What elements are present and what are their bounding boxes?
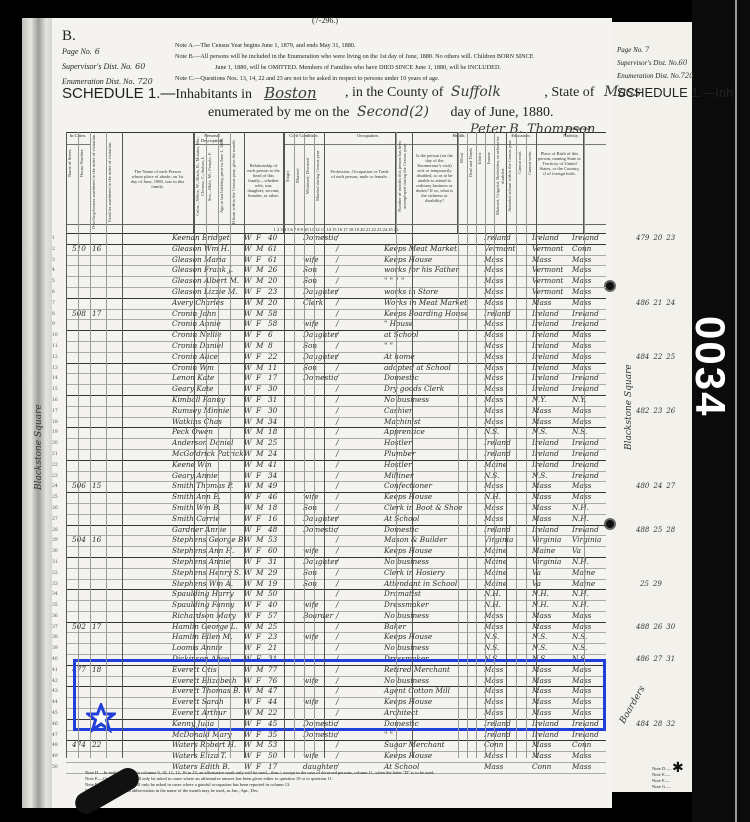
right-table-row: 4882630 <box>636 623 679 631</box>
person-name: Keenan Bridget <box>172 233 230 242</box>
age-value: 24 <box>268 449 277 458</box>
sex-value: M <box>256 417 263 426</box>
birthplace-father: Mass <box>532 481 551 490</box>
relationship-value: wife <box>303 255 319 264</box>
right-note-g: Note G.— <box>652 784 671 790</box>
line-number: 18 <box>52 420 58 425</box>
age-value: 11 <box>268 363 277 372</box>
color-value: W <box>244 535 252 544</box>
grid-line <box>230 132 231 758</box>
birthplace-father: Mass <box>532 622 551 631</box>
tally-mark: / <box>336 740 338 749</box>
line-number: 34 <box>52 592 58 597</box>
page-no-label: Page No. <box>62 47 92 56</box>
person-name: Stephens Annie <box>172 557 230 566</box>
county-value: Suffolk <box>451 84 501 100</box>
age-header: Age at last birthday prior to June 1, 18… <box>218 133 230 233</box>
occupation-value: " " " " <box>384 276 404 285</box>
birthplace-self: N.H. <box>484 589 501 598</box>
sex-value: F <box>256 395 261 404</box>
family-number: 22 <box>653 353 662 361</box>
family-number: 17 <box>92 309 101 318</box>
age-value: 18 <box>268 427 277 436</box>
birthplace-mother: Ireland <box>572 319 599 328</box>
tally-mark: / <box>336 373 338 382</box>
tally-mark: / <box>336 309 338 318</box>
tally-mark: / <box>336 384 338 393</box>
tally-mark: / <box>336 589 338 598</box>
relationship-value: Domestic <box>303 233 338 242</box>
deaf-header: Deaf and Dumb <box>467 133 476 233</box>
occupation-value: Keeps Meat Market <box>384 244 457 253</box>
age-value: 17 <box>268 373 277 382</box>
right-table-row: 4842225 <box>636 353 679 361</box>
tally-mark: / <box>336 319 338 328</box>
person-name: Loomis Annie <box>172 643 222 652</box>
birthplace-mother: N.S. <box>572 643 587 652</box>
color-value: W <box>244 276 252 285</box>
birthplace-self: Maine <box>484 546 507 555</box>
person-name: Gleason Wm H. <box>172 244 229 253</box>
birth-self-header: Place of Birth of this person, naming St… <box>536 133 584 233</box>
tally-mark: / <box>336 417 338 426</box>
birthplace-mother: Ireland <box>572 471 599 480</box>
line-number: 5 <box>52 279 55 284</box>
family-number: 17 <box>92 622 101 631</box>
relationship-value: Daughter <box>303 352 338 361</box>
birthplace-father: Mass <box>532 740 551 749</box>
line-number: 41 <box>52 668 58 673</box>
line-number: 12 <box>52 355 58 360</box>
color-value: W <box>244 255 252 264</box>
occupation-value: Keeps House <box>384 632 432 641</box>
sex-value: F <box>256 751 261 760</box>
sex-value: F <box>256 600 261 609</box>
sex-value: M <box>256 363 263 372</box>
age-value: 23 <box>268 632 277 641</box>
dwelling-header: Dwelling-houses numbered in the order of… <box>90 133 106 233</box>
enumeration-line: enumerated by me on the Second(2) day of… <box>208 104 554 121</box>
sex-value: F <box>256 546 261 555</box>
grid-line <box>206 132 207 758</box>
state-label: , State of <box>544 85 594 100</box>
sex-value: M <box>256 427 263 436</box>
tally-mark: / <box>336 481 338 490</box>
section-letter: B. <box>62 28 76 45</box>
birthplace-mother: N.H. <box>572 589 589 598</box>
city-value: Boston <box>264 84 316 102</box>
color-value: W <box>244 751 252 760</box>
age-value: 49 <box>268 481 277 490</box>
birthplace-father: Mass <box>532 492 551 501</box>
color-value: W <box>244 427 252 436</box>
occupation-value: Domestic <box>384 373 419 382</box>
birthplace-mother: Mass <box>572 481 591 490</box>
birthplace-self: N.S. <box>484 643 499 652</box>
line-number: 45 <box>52 711 58 716</box>
grid-line <box>536 132 537 758</box>
age-value: 8 <box>268 341 273 350</box>
line-number: 35 <box>52 603 58 608</box>
occupation-value: Hostler <box>384 460 412 469</box>
occupation-value: Confectioner <box>384 481 432 490</box>
occupation-value: Plumber <box>384 449 415 458</box>
sex-value: M <box>256 535 263 544</box>
right-schedule-title: SCHEDULE 1.—Inh <box>617 85 733 100</box>
blind-header: Blind <box>458 133 467 233</box>
color-value: W <box>244 330 252 339</box>
tally-mark: / <box>336 287 338 296</box>
right-table-row: 4802427 <box>636 482 679 490</box>
occupation-value: Mason & Builder <box>384 535 447 544</box>
age-value: 41 <box>268 460 277 469</box>
line-number: 31 <box>52 560 58 565</box>
occupation-value: Dry goods Clerk <box>384 384 444 393</box>
person-name: Cronin Nellie <box>172 330 222 339</box>
occupation-value: Keeps House <box>384 492 432 501</box>
sex-value: F <box>256 384 261 393</box>
birthplace-self: N.H. <box>484 492 501 501</box>
person-name: Waters Robert H. <box>172 740 236 749</box>
right-enumeration-label: Enumeration Dist. No. <box>617 72 680 80</box>
occupation-value: Sugar Merchant <box>384 740 445 749</box>
birthplace-mother: N.H. <box>572 600 589 609</box>
tally-mark: / <box>336 341 338 350</box>
birthplace-mother: Ireland <box>572 730 599 739</box>
sex-value: M <box>256 265 263 274</box>
person-name: Gleason Lizzie M. <box>172 287 238 296</box>
occupation-value: Keeps House <box>384 751 432 760</box>
sex-value: M <box>256 341 263 350</box>
sex-value: F <box>256 643 261 652</box>
birthplace-mother: Ireland <box>572 525 599 534</box>
tally-mark: / <box>336 546 338 555</box>
birthplace-self: N.S. <box>484 427 499 436</box>
dwelling-number: 479 <box>636 234 649 242</box>
right-table-row: 4862124 <box>636 299 679 307</box>
grid-line <box>122 132 123 758</box>
birthplace-mother: Mass <box>572 255 591 264</box>
grid-line <box>396 132 397 758</box>
relationship-header: Relationship of each person to the head … <box>244 133 284 233</box>
right-supervisor-dist: 60 <box>678 59 687 67</box>
person-name: Richardson Mary <box>172 611 236 620</box>
dwelling-number: 484 <box>636 720 649 728</box>
street-header: Name of Street. <box>66 133 78 233</box>
dwelling-number: 486 <box>636 655 649 663</box>
person-name: Stephens Wm A. <box>172 579 233 588</box>
person-name: Stephens George B. <box>172 535 246 544</box>
grid-line <box>314 132 315 758</box>
age-value: 22 <box>268 352 277 361</box>
color-value: W <box>244 406 252 415</box>
schedule-label: SCHEDULE 1.— <box>62 85 175 102</box>
color-value: W <box>244 341 252 350</box>
dwelling-number: 484 <box>636 353 649 361</box>
line-number: 17 <box>52 409 58 414</box>
sex-value: F <box>256 557 261 566</box>
family-count: 26 <box>666 407 675 415</box>
grid-line <box>526 132 527 758</box>
line-number: 46 <box>52 722 58 727</box>
sex-value: F <box>256 319 261 328</box>
grid-line <box>90 132 91 758</box>
relationship-value: Domestic <box>303 730 338 739</box>
sex-value: F <box>256 352 261 361</box>
family-count: 30 <box>666 623 675 631</box>
age-value: 34 <box>268 471 277 480</box>
line-number: 9 <box>52 322 55 327</box>
family-number: 16 <box>92 535 101 544</box>
header-notes: Note A.—The Census Year begins June 1, 1… <box>175 40 615 84</box>
age-value: 16 <box>268 514 277 523</box>
birthplace-mother: Mass <box>572 352 591 361</box>
birthplace-mother: Mass <box>572 265 591 274</box>
occupation-value: At home <box>384 352 415 361</box>
line-number: 50 <box>52 765 58 770</box>
grid-line <box>506 132 507 758</box>
column-numbers: 1 2 3 4 5 6 7 8 9 10 11 12 13 14 15 16 1… <box>66 224 606 233</box>
birthplace-father: N.S. <box>532 427 547 436</box>
occupation-header: Profession, Occupation or Trade of each … <box>324 133 396 233</box>
line-number: 38 <box>52 635 58 640</box>
sex-value: M <box>256 622 263 631</box>
color-value: W <box>244 481 252 490</box>
color-value: W <box>244 568 252 577</box>
occupation-value: Cashier <box>384 406 413 415</box>
sex-value: M <box>256 276 263 285</box>
sex-value: M <box>256 481 263 490</box>
sex-value: M <box>256 568 263 577</box>
birthplace-mother: Mass <box>572 330 591 339</box>
tally-mark: / <box>336 503 338 512</box>
sex-value: F <box>256 373 261 382</box>
line-number: 37 <box>52 625 58 630</box>
birthplace-mother: N.H. <box>572 503 589 512</box>
color-value: W <box>244 492 252 501</box>
color-value: W <box>244 244 252 253</box>
line-number: 23 <box>52 474 58 479</box>
line-number: 36 <box>52 614 58 619</box>
insane-header: Insane <box>485 133 494 233</box>
footnotes: Note D.—In making entries in columns 9, … <box>85 770 605 794</box>
line-number: 1 <box>52 236 55 241</box>
line-number: 19 <box>52 430 58 435</box>
age-value: 57 <box>268 611 277 620</box>
birthplace-mother: Mass <box>572 492 591 501</box>
supervisor-dist: 60 <box>135 62 145 71</box>
dwelling-number: 488 <box>636 526 649 534</box>
tally-mark: / <box>336 632 338 641</box>
sex-value: M <box>256 589 263 598</box>
right-page-meta: Page No. 7 Supervisor's Dist. No.60 Enum… <box>617 44 694 83</box>
relationship-value: wife <box>303 632 319 641</box>
color-value: W <box>244 503 252 512</box>
month-born-header: If born within the Census year, give the… <box>230 133 244 233</box>
line-number: 27 <box>52 517 58 522</box>
family-number: 15 <box>92 481 101 490</box>
age-value: 48 <box>268 525 277 534</box>
birthplace-father: Mass <box>532 514 551 523</box>
age-value: 25 <box>268 622 277 631</box>
tally-mark: / <box>336 525 338 534</box>
color-value: W <box>244 643 252 652</box>
right-table-row: 2529 <box>636 580 666 588</box>
sex-value: F <box>256 406 261 415</box>
page-meta: Page No.6 Supervisor's Dist. No.60 Enume… <box>62 44 153 89</box>
person-name: Hamlin Ellen M. <box>172 632 232 641</box>
birthplace-mother: N.H. <box>572 557 589 566</box>
sex-value: F <box>256 233 261 242</box>
tally-mark: / <box>336 363 338 372</box>
line-number: 20 <box>52 441 58 446</box>
sex-value: M <box>256 438 263 447</box>
birthplace-mother: Ireland <box>572 233 599 242</box>
right-supervisor-label: Supervisor's Dist. No. <box>617 59 678 67</box>
tally-mark: / <box>336 276 338 285</box>
birthplace-mother: Ireland <box>572 373 599 382</box>
birthplace-self: Maine <box>484 557 507 566</box>
right-page-no: 7 <box>645 46 649 54</box>
house-number-header: House Number. <box>78 133 90 233</box>
occupation-value: Dressmaker <box>384 600 429 609</box>
tally-mark: / <box>336 352 338 361</box>
married-year-header: Married during Census year <box>314 133 324 233</box>
grid-line <box>516 132 517 758</box>
family-number: 24 <box>653 482 662 490</box>
family-count: 25 <box>666 353 675 361</box>
birthplace-father: Mass <box>532 255 551 264</box>
occupation-value: " House <box>384 319 413 328</box>
family-number: 22 <box>92 740 101 749</box>
line-number: 14 <box>52 376 58 381</box>
person-name: Cronin Wm <box>172 363 214 372</box>
birthplace-self: Maine <box>484 568 507 577</box>
birthplace-mother: Ireland <box>572 384 599 393</box>
age-value: 35 <box>268 730 277 739</box>
person-name: Anderson Daniel <box>172 438 234 447</box>
color-value: W <box>244 730 252 739</box>
idiotic-header: Idiotic <box>476 133 485 233</box>
sex-value: M <box>256 309 263 318</box>
line-number: 15 <box>52 387 58 392</box>
grid-line <box>412 132 413 758</box>
occupation-value: At School <box>384 514 419 523</box>
relationship-value: Daughter <box>303 557 338 566</box>
day-value: Second(2) <box>357 104 429 120</box>
dwelling-number: 486 <box>636 299 649 307</box>
family-number: 28 <box>653 720 662 728</box>
line-number: 24 <box>52 484 58 489</box>
grid-line <box>78 132 79 758</box>
school-header: Attended school within the Census year. <box>506 133 516 233</box>
age-value: 31 <box>268 395 277 404</box>
person-name: McDonald Mary <box>172 730 232 739</box>
birthplace-mother: Mass <box>572 622 591 631</box>
margin-note: Blackstone Square <box>34 380 44 490</box>
date-suffix: day of June, 1880. <box>450 105 553 120</box>
color-value: W <box>244 438 252 447</box>
dwelling-number: 480 <box>636 482 649 490</box>
color-value: W <box>244 363 252 372</box>
line-number: 42 <box>52 679 58 684</box>
line-number: 40 <box>52 657 58 662</box>
birthplace-mother: Mass <box>572 751 591 760</box>
age-value: 20 <box>268 298 277 307</box>
color-value: W <box>244 373 252 382</box>
family-count: 31 <box>666 655 675 663</box>
occupation-value: Hostler <box>384 438 412 447</box>
tally-mark: / <box>336 265 338 274</box>
birthplace-father: Mass <box>532 503 551 512</box>
grid-line <box>106 132 107 758</box>
note-b-cont: June 1, 1880, will be OMITTED. Members o… <box>175 62 615 73</box>
occupation-value: Keeps House <box>384 546 432 555</box>
relationship-value: wife <box>303 546 319 555</box>
form-number: (7-296.) <box>312 16 338 25</box>
tally-mark: / <box>336 557 338 566</box>
color-value: W <box>244 579 252 588</box>
grid-line <box>218 132 219 758</box>
dwelling-number: 488 <box>636 623 649 631</box>
person-name: Avery Charles <box>172 298 224 307</box>
age-value: 29 <box>268 568 277 577</box>
color-value: W <box>244 309 252 318</box>
birthplace-father: N.S. <box>532 471 547 480</box>
grid-line <box>494 132 495 758</box>
sex-value: M <box>256 244 263 253</box>
family-number: 27 <box>653 655 662 663</box>
grid-line <box>66 132 67 758</box>
birthplace-mother: Mass <box>572 406 591 415</box>
relationship-value: Daughter <box>303 287 338 296</box>
line-number: 30 <box>52 549 58 554</box>
tally-mark: / <box>336 438 338 447</box>
tally-mark: / <box>336 471 338 480</box>
age-value: 40 <box>268 600 277 609</box>
birthplace-father: N.S. <box>532 632 547 641</box>
occupation-value: No business <box>384 643 429 652</box>
age-value: 18 <box>268 503 277 512</box>
age-value: 46 <box>268 492 277 501</box>
birthplace-father: Mass <box>532 611 551 620</box>
line-number: 43 <box>52 689 58 694</box>
relationship-value: Daughter <box>303 330 338 339</box>
age-value: 23 <box>268 287 277 296</box>
record-stamp: 0034 <box>690 316 730 456</box>
sex-value: F <box>256 730 261 739</box>
tally-mark: / <box>336 233 338 242</box>
line-number: 29 <box>52 538 58 543</box>
family-count: 27 <box>666 482 675 490</box>
note-a: Note A.—The Census Year begins June 1, 1… <box>175 40 615 51</box>
line-number: 7 <box>52 301 55 306</box>
birthplace-father: N.H. <box>532 589 549 598</box>
family-count: 23 <box>666 234 675 242</box>
line-number: 33 <box>52 582 58 587</box>
married-header: Married <box>294 133 304 233</box>
sex-value: M <box>256 298 263 307</box>
sex-value: F <box>256 471 261 480</box>
birthplace-father: Mass <box>532 406 551 415</box>
color-value: W <box>244 265 252 274</box>
birthplace-father: N.H. <box>532 600 549 609</box>
relationship-value: wife <box>303 492 319 501</box>
footnote-g: Note G.—In column 7 an abbreviation in t… <box>85 788 605 794</box>
grid-line <box>458 132 459 758</box>
color-value: W <box>244 740 252 749</box>
column-header-row: In Cities. Name of Street. House Number.… <box>66 132 606 234</box>
